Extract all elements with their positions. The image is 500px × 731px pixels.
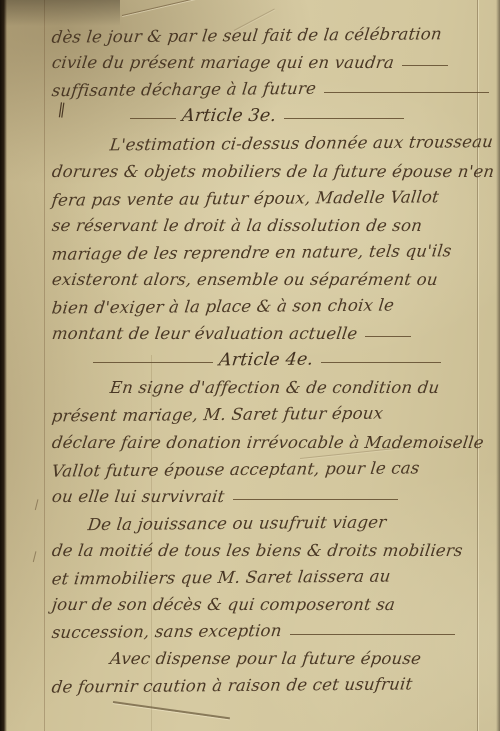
manuscript-line: présent mariage, M. Saret futur époux bbox=[52, 397, 480, 424]
crease-line bbox=[113, 701, 230, 719]
photo-edge-right bbox=[496, 0, 500, 731]
ruled-margin-line bbox=[44, 0, 45, 731]
manuscript-line: De la jouissance ou usufruit viager bbox=[52, 506, 480, 533]
manuscript-line: En signe d'affection & de condition du bbox=[52, 370, 480, 397]
manuscript-line: se réservant le droit à la dissolution d… bbox=[52, 208, 480, 235]
manuscript-line: suffisante décharge à la future bbox=[52, 72, 480, 99]
manuscript-line: de la moitié de tous les biens & droits … bbox=[52, 533, 480, 560]
article-3-heading: Article 3e. bbox=[52, 99, 480, 126]
ink-rule bbox=[233, 499, 398, 500]
manuscript-photo: ‖ dès le jour & par le seul fait de la c… bbox=[0, 0, 500, 731]
manuscript-line: déclare faire donation irrévocable à Mad… bbox=[52, 424, 480, 451]
manuscript-line: montant de leur évaluation actuelle bbox=[52, 316, 480, 343]
manuscript-line: Avec dispense pour la future épouse bbox=[52, 641, 480, 668]
article-4-heading: Article 4e. bbox=[52, 343, 480, 370]
manuscript-line: mariage de les reprendre en nature, tels… bbox=[52, 235, 480, 262]
photo-edge-corner bbox=[0, 0, 120, 26]
manuscript-line: dorures & objets mobiliers de la future … bbox=[52, 153, 480, 180]
crease-line bbox=[122, 0, 198, 16]
photo-edge-left bbox=[0, 0, 7, 731]
manuscript-line: et immobiliers que M. Saret laissera au bbox=[52, 560, 480, 587]
manuscript-line: fera pas vente au futur époux, Madelle V… bbox=[52, 181, 480, 208]
manuscript-line: bien d'exiger à la place & à son choix l… bbox=[52, 289, 480, 316]
manuscript-text: dès le jour & par le seul fait de la cél… bbox=[52, 18, 480, 695]
ink-rule bbox=[365, 336, 411, 337]
manuscript-line: ou elle lui survivrait bbox=[52, 479, 480, 506]
manuscript-line: civile du présent mariage qui en vaudra bbox=[52, 45, 480, 72]
manuscript-line: L'estimation ci-dessus donnée aux trouss… bbox=[52, 126, 480, 153]
manuscript-line: existeront alors, ensemble ou séparément… bbox=[52, 262, 480, 289]
ink-rule bbox=[284, 118, 404, 119]
ink-rule bbox=[324, 92, 489, 93]
ink-rule bbox=[290, 634, 455, 635]
ink-rule bbox=[321, 362, 441, 363]
ink-rule bbox=[130, 118, 176, 119]
margin-tick bbox=[33, 551, 43, 564]
ink-rule bbox=[93, 362, 213, 363]
manuscript-line: succession, sans exception bbox=[52, 614, 480, 641]
manuscript-line: Vallot future épouse acceptant, pour le … bbox=[52, 452, 480, 479]
manuscript-line: de fournir caution à raison de cet usufr… bbox=[52, 668, 480, 695]
ink-rule bbox=[402, 65, 448, 66]
manuscript-line: jour de son décès & qui composeront sa bbox=[52, 587, 480, 614]
